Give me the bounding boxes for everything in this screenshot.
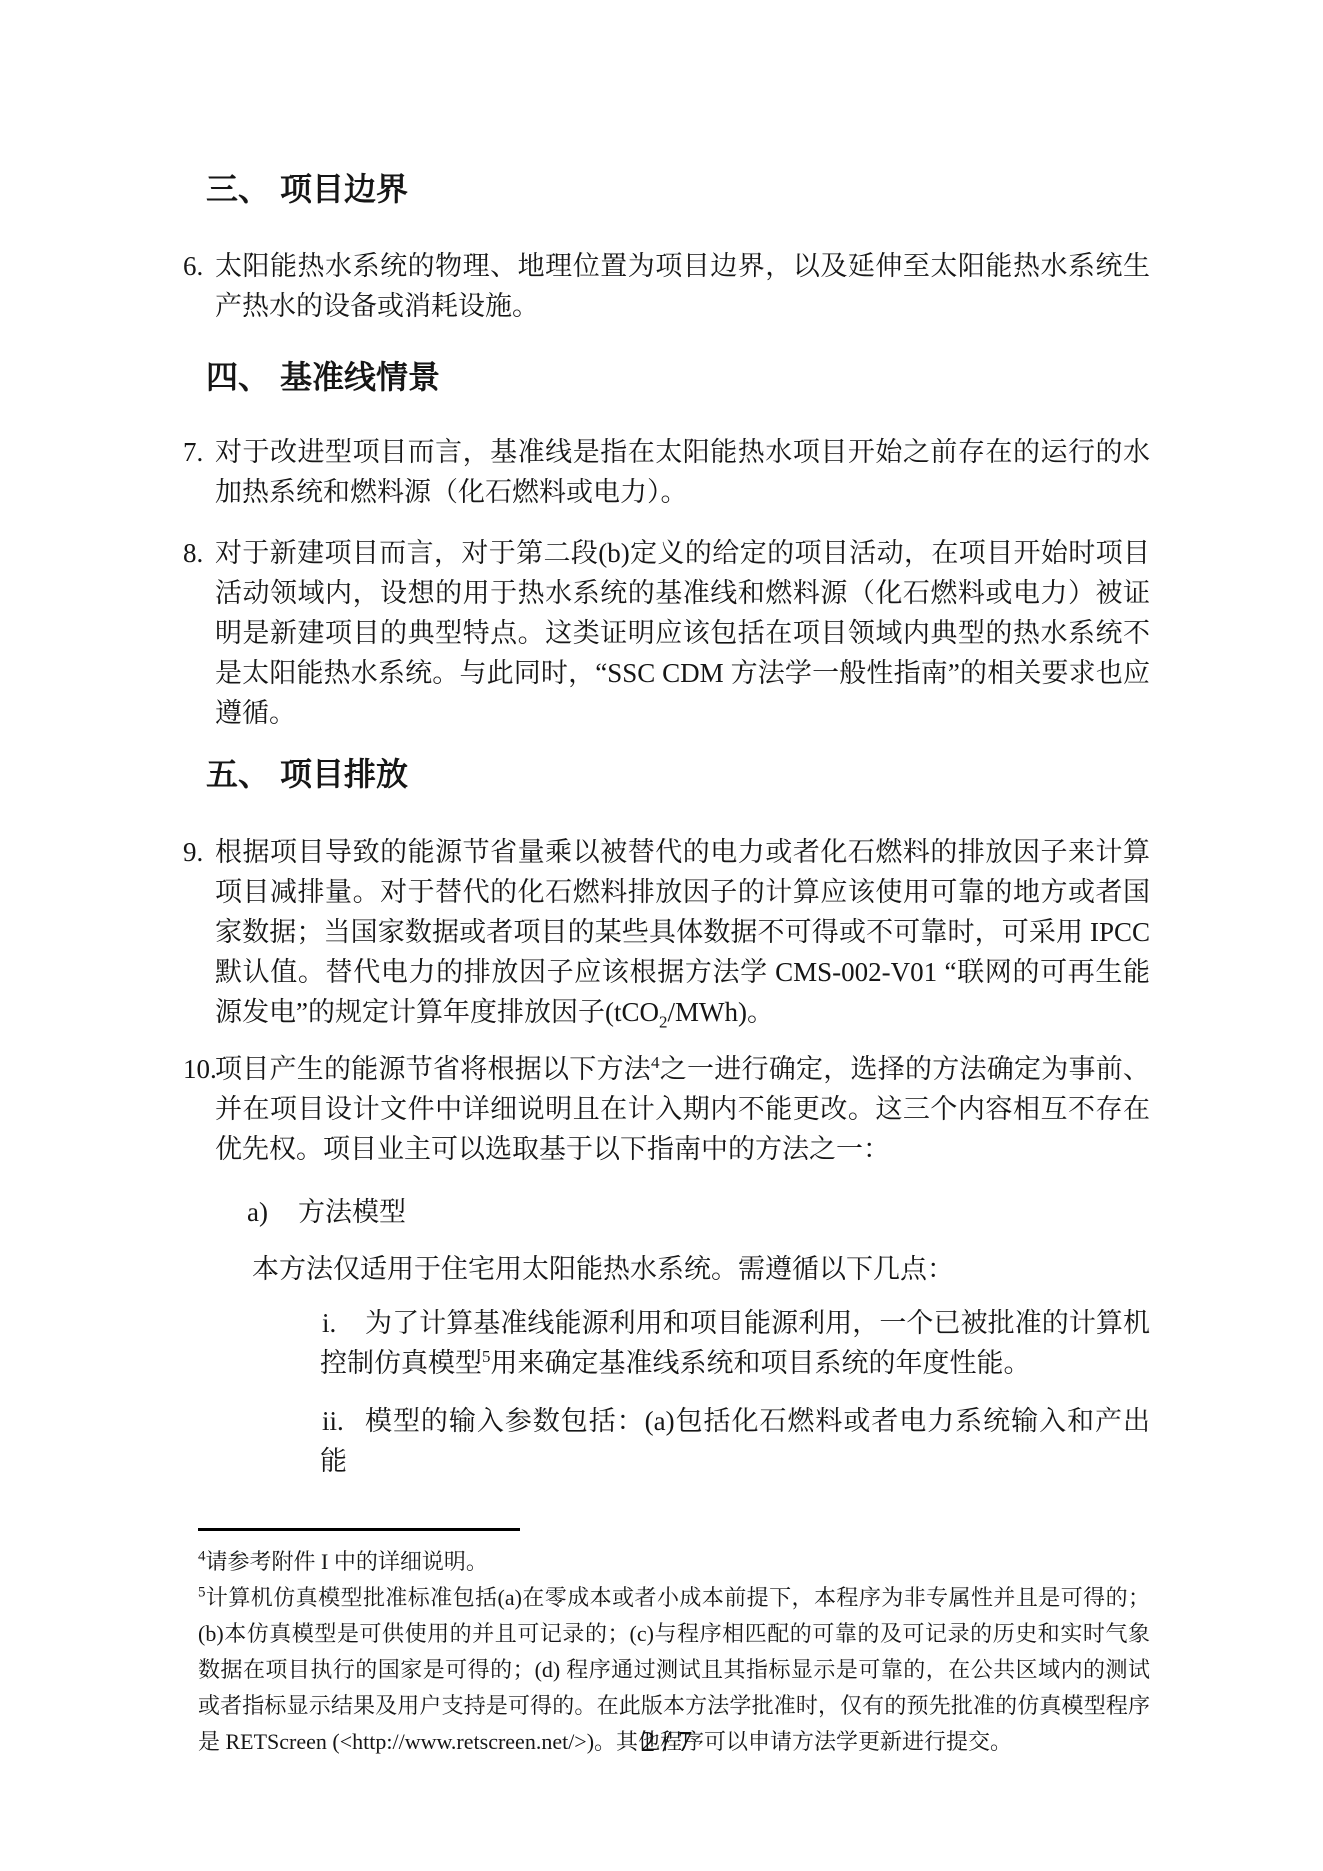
paragraph-text: 对于新建项目而言，对于第二段(b)定义的给定的项目活动，在项目开始时项目活动领域… xyxy=(215,533,1150,733)
list-item-a: a) 方法模型 xyxy=(247,1192,1150,1232)
paragraph-text: 太阳能热水系统的物理、地理位置为项目边界，以及延伸至太阳能热水系统生产热水的设备… xyxy=(215,246,1150,326)
document-content: 三、 项目边界 6. 太阳能热水系统的物理、地理位置为项目边界，以及延伸至太阳能… xyxy=(183,0,1150,1760)
footnote-marker-5: 5 xyxy=(198,1585,206,1601)
paragraph-text: 根据项目导致的能源节省量乘以被替代的电力或者化石燃料的排放因子来计算项目减排量。… xyxy=(215,832,1150,1032)
section-number: 五、 xyxy=(206,753,280,795)
list-item-a-title: 方法模型 xyxy=(298,1192,406,1232)
list-item-ii: ii. 模型的输入参数包括：(a)包括化石燃料或者电力系统输入和产出能 xyxy=(320,1401,1150,1481)
list-marker-ii: ii. xyxy=(322,1401,344,1441)
paragraph-6: 6. 太阳能热水系统的物理、地理位置为项目边界，以及延伸至太阳能热水系统生产热水… xyxy=(183,246,1150,326)
section-heading-project-boundary: 三、 项目边界 xyxy=(206,168,1150,210)
paragraph-text: 项目产生的能源节省将根据以下方法4之一进行确定，选择的方法确定为事前、并在项目设… xyxy=(215,1049,1150,1169)
list-item-text-segment: 用来确定基准线系统和项目系统的年度性能。 xyxy=(491,1348,1031,1378)
paragraph-7: 7. 对于改进型项目而言，基准线是指在太阳能热水项目开始之前存在的运行的水加热系… xyxy=(183,432,1150,512)
paragraph-number: 8. xyxy=(183,533,215,733)
page-number: 2 / 7 xyxy=(183,1726,1150,1759)
document-page: 三、 项目边界 6. 太阳能热水系统的物理、地理位置为项目边界，以及延伸至太阳能… xyxy=(0,0,1323,1871)
paragraph-number: 7. xyxy=(183,432,215,512)
section-title: 项目排放 xyxy=(280,753,408,795)
list-marker-a: a) xyxy=(247,1192,298,1232)
section-number: 三、 xyxy=(206,168,280,210)
footnote-4: 4请参考附件 I 中的详细说明。 xyxy=(198,1544,1150,1580)
section-heading-baseline-scenario: 四、 基准线情景 xyxy=(206,356,1150,398)
section-heading-project-emissions: 五、 项目排放 xyxy=(206,753,1150,795)
footnote-text: 请参考附件 I 中的详细说明。 xyxy=(206,1549,488,1574)
list-marker-i: i. xyxy=(322,1303,336,1343)
footnote-marker-4: 4 xyxy=(198,1549,206,1565)
paragraph-9: 9. 根据项目导致的能源节省量乘以被替代的电力或者化石燃料的排放因子来计算项目减… xyxy=(183,832,1150,1032)
footnote-separator xyxy=(198,1528,520,1531)
footnote-reference-5: 5 xyxy=(482,1347,491,1366)
list-item-text: 为了计算基准线能源利用和项目能源利用，一个已被批准的计算机控制仿真模型5用来确定… xyxy=(320,1303,1150,1383)
paragraph-text-segment: 项目产生的能源节省将根据以下方法 xyxy=(215,1054,651,1084)
paragraph-10: 10. 项目产生的能源节省将根据以下方法4之一进行确定，选择的方法确定为事前、并… xyxy=(183,1049,1150,1169)
paragraph-number: 10. xyxy=(183,1049,215,1169)
list-item-text: 模型的输入参数包括：(a)包括化石燃料或者电力系统输入和产出能 xyxy=(320,1401,1150,1481)
section-number: 四、 xyxy=(206,356,280,398)
paragraph-number: 9. xyxy=(183,832,215,1032)
section-title: 项目边界 xyxy=(280,168,408,210)
section-title: 基准线情景 xyxy=(280,356,440,398)
method-scope-intro: 本方法仅适用于住宅用太阳能热水系统。需遵循以下几点： xyxy=(252,1249,1150,1289)
paragraph-text-segment: /MWh)。 xyxy=(667,997,773,1027)
footnote-reference-4: 4 xyxy=(651,1053,660,1072)
paragraph-8: 8. 对于新建项目而言，对于第二段(b)定义的给定的项目活动，在项目开始时项目活… xyxy=(183,533,1150,733)
list-item-i: i. 为了计算基准线能源利用和项目能源利用，一个已被批准的计算机控制仿真模型5用… xyxy=(320,1303,1150,1383)
paragraph-number: 6. xyxy=(183,246,215,326)
paragraph-text: 对于改进型项目而言，基准线是指在太阳能热水项目开始之前存在的运行的水加热系统和燃… xyxy=(215,432,1150,512)
